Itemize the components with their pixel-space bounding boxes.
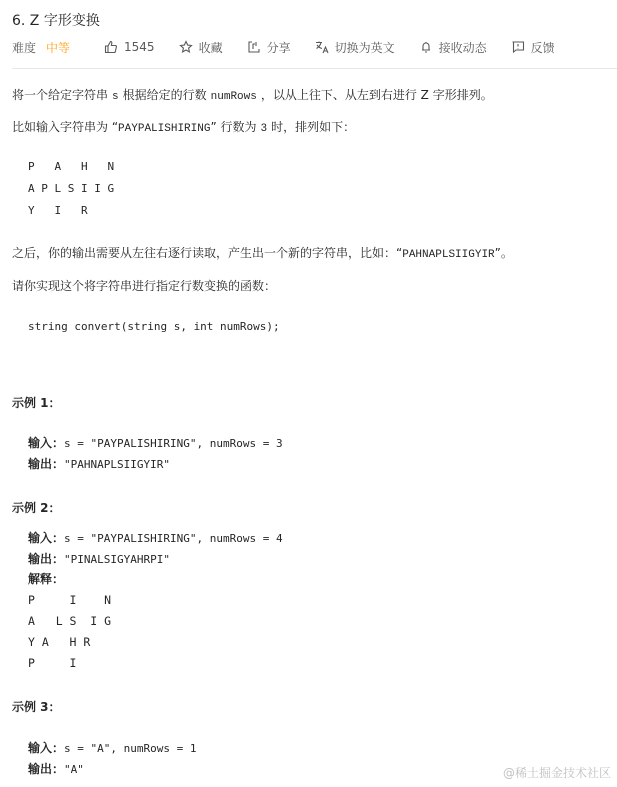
example-2-explain-row: P I xyxy=(28,652,76,674)
share-button[interactable]: 分享 xyxy=(247,39,291,56)
inline-code-numrows: numRows xyxy=(207,91,261,103)
watermark: @稀土掘金技术社区 xyxy=(503,764,611,781)
subscribe-label: 接收动态 xyxy=(439,39,487,56)
example-1-input: 输入：s = "PAYPALISHIRING", numRows = 3 xyxy=(28,432,283,455)
subscribe-button[interactable]: 接收动态 xyxy=(419,39,487,56)
inline-code-rows: 3 xyxy=(257,123,272,135)
feedback-button[interactable]: 反馈 xyxy=(511,39,555,56)
example-3-output: 输出："A" xyxy=(28,758,84,781)
favorite-button[interactable]: 收藏 xyxy=(179,39,223,56)
description-paragraph-2: 比如输入字符串为 “PAYPALISHIRING” 行数为3时，排列如下： xyxy=(12,118,355,135)
problem-meta-bar: 难度 中等 1545 收藏 分享 xyxy=(12,38,579,56)
header-divider xyxy=(12,68,617,69)
like-count: 1545 xyxy=(124,40,155,54)
example-3-input: 输入：s = "A", numRows = 1 xyxy=(28,737,196,760)
example-2-explain-row: P I N xyxy=(28,589,111,611)
example-2-title: 示例 2： xyxy=(12,499,61,516)
example-2-input: 输入：s = "PAYPALISHIRING", numRows = 4 xyxy=(28,527,283,550)
example-2-explain-label: 解释： xyxy=(28,568,64,590)
inline-code-input: PAYPALISHIRING xyxy=(118,123,210,135)
difficulty-label: 难度 xyxy=(12,39,36,56)
function-signature-code: string convert(string s, int numRows); xyxy=(28,316,280,338)
bell-icon xyxy=(419,40,433,54)
inline-code-s: s xyxy=(108,91,123,103)
feedback-icon xyxy=(511,40,525,54)
feedback-label: 反馈 xyxy=(531,39,555,56)
problem-title: 6. Z 字形变换 xyxy=(12,10,100,30)
favorite-label: 收藏 xyxy=(199,39,223,56)
example-2-explain-row: A L S I G xyxy=(28,610,111,632)
example-1-title: 示例 1： xyxy=(12,394,61,411)
inline-code-output: PAHNAPLSIIGYIR xyxy=(402,249,494,261)
example-2-explain-row: Y A H R xyxy=(28,631,90,653)
share-icon xyxy=(247,40,261,54)
description-paragraph-1: 将一个给定字符串s根据给定的行数numRows，以从上往下、从左到右进行 Z 字… xyxy=(12,86,493,103)
thumbs-up-icon xyxy=(104,40,118,54)
example-3-title: 示例 3： xyxy=(12,698,61,715)
description-paragraph-4: 请你实现这个将字符串进行指定行数变换的函数： xyxy=(12,277,276,294)
translate-icon xyxy=(315,40,329,54)
example-1-output: 输出："PAHNAPLSIIGYIR" xyxy=(28,453,170,476)
like-button[interactable]: 1545 xyxy=(104,40,155,54)
switch-language-button[interactable]: 切换为英文 xyxy=(315,39,395,56)
share-label: 分享 xyxy=(267,39,291,56)
zigzag-example-block: P A H N A P L S I I G Y I R xyxy=(28,156,114,222)
difficulty-badge: 中等 xyxy=(46,39,70,56)
switch-language-label: 切换为英文 xyxy=(335,39,395,56)
description-paragraph-3: 之后，你的输出需要从左往右逐行读取，产生出一个新的字符串，比如：“PAHNAPL… xyxy=(12,244,513,261)
star-icon xyxy=(179,40,193,54)
